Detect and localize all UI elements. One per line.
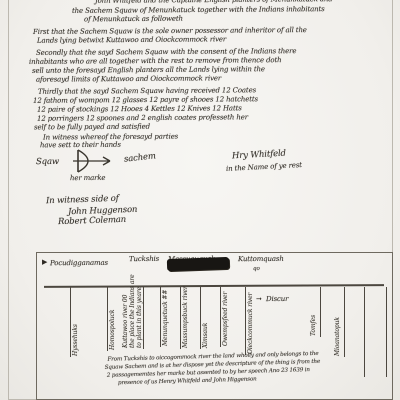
river-label: Tomfes — [310, 288, 317, 336]
river-line — [386, 287, 387, 377]
river-line — [180, 287, 181, 349]
river-label-line: the place the Indians are — [129, 286, 136, 348]
river-line — [160, 287, 161, 347]
river-label: Owempsfeed river — [222, 286, 229, 346]
deed-body-line: 12 porringers 12 spoones and 2 english c… — [37, 113, 248, 122]
deed-body-line: Thirdly that the sayd Sachem Squaw havin… — [38, 86, 256, 96]
river-label-line: to plant in this yeare — [136, 286, 143, 348]
river-line — [107, 287, 108, 351]
deed-body-line: 12 paire of stockings 12 Hooes 4 Kettles… — [37, 104, 242, 113]
river-line — [70, 287, 71, 357]
flag-mark-icon: ▶ — [42, 258, 47, 266]
deed-body-line: of Menunkatuck as followeth — [84, 15, 183, 24]
river-label: Hyssehuks — [72, 288, 79, 356]
river-line — [143, 287, 144, 349]
river-label: Menunquetuck ## — [162, 286, 169, 346]
river-label: Ximsauk — [202, 286, 209, 348]
river-label-multiline: Kuttawoo river 00 the place the Indians … — [122, 286, 143, 348]
deed-body-line: Lands lying betwixt Kuttawoo and Oiockco… — [37, 35, 226, 44]
river-label-line: Kuttawoo river 00 — [122, 286, 129, 348]
river-label: Massumpsbuck river — [182, 286, 189, 348]
bow-and-arrow-mark — [70, 147, 118, 175]
river-line — [320, 287, 321, 337]
deed-body-line: self to be fully payed and satisfied — [34, 123, 150, 132]
river-label: Oieckcommuck river — [247, 286, 254, 354]
river-line — [344, 287, 345, 357]
deed-body-line: aforesayd limits of Kuttawoo and Oiockco… — [36, 74, 221, 83]
river-label: Homospoluck — [109, 288, 116, 350]
river-line — [364, 287, 365, 377]
river-label: Mioanatopuk — [334, 288, 341, 356]
diagram-top-name-4-sub: qo — [253, 266, 260, 272]
direction-label: Discur — [266, 295, 288, 303]
diagram-top-name-4: Kuttomquash — [238, 255, 284, 263]
ink-blot — [167, 257, 229, 271]
arrow-icon: ➞ — [256, 295, 262, 303]
river-line — [220, 287, 221, 347]
diagram-top-name-2: Tuckshis — [129, 255, 159, 263]
river-line — [245, 287, 246, 355]
her-marke-label: her marke — [70, 174, 105, 182]
deed-body-line: 12 fathom of wompom 12 glasses 12 payre … — [33, 95, 258, 105]
river-line — [200, 287, 201, 349]
signer-squaw-label: Sqaw — [36, 157, 59, 167]
manuscript-page: John Whitfeld and the Captaine English p… — [0, 0, 400, 400]
deed-body-line: sell unto the foresayd English planters … — [32, 65, 265, 75]
diagram-top-name-1: Pocudigganamas — [50, 259, 108, 267]
